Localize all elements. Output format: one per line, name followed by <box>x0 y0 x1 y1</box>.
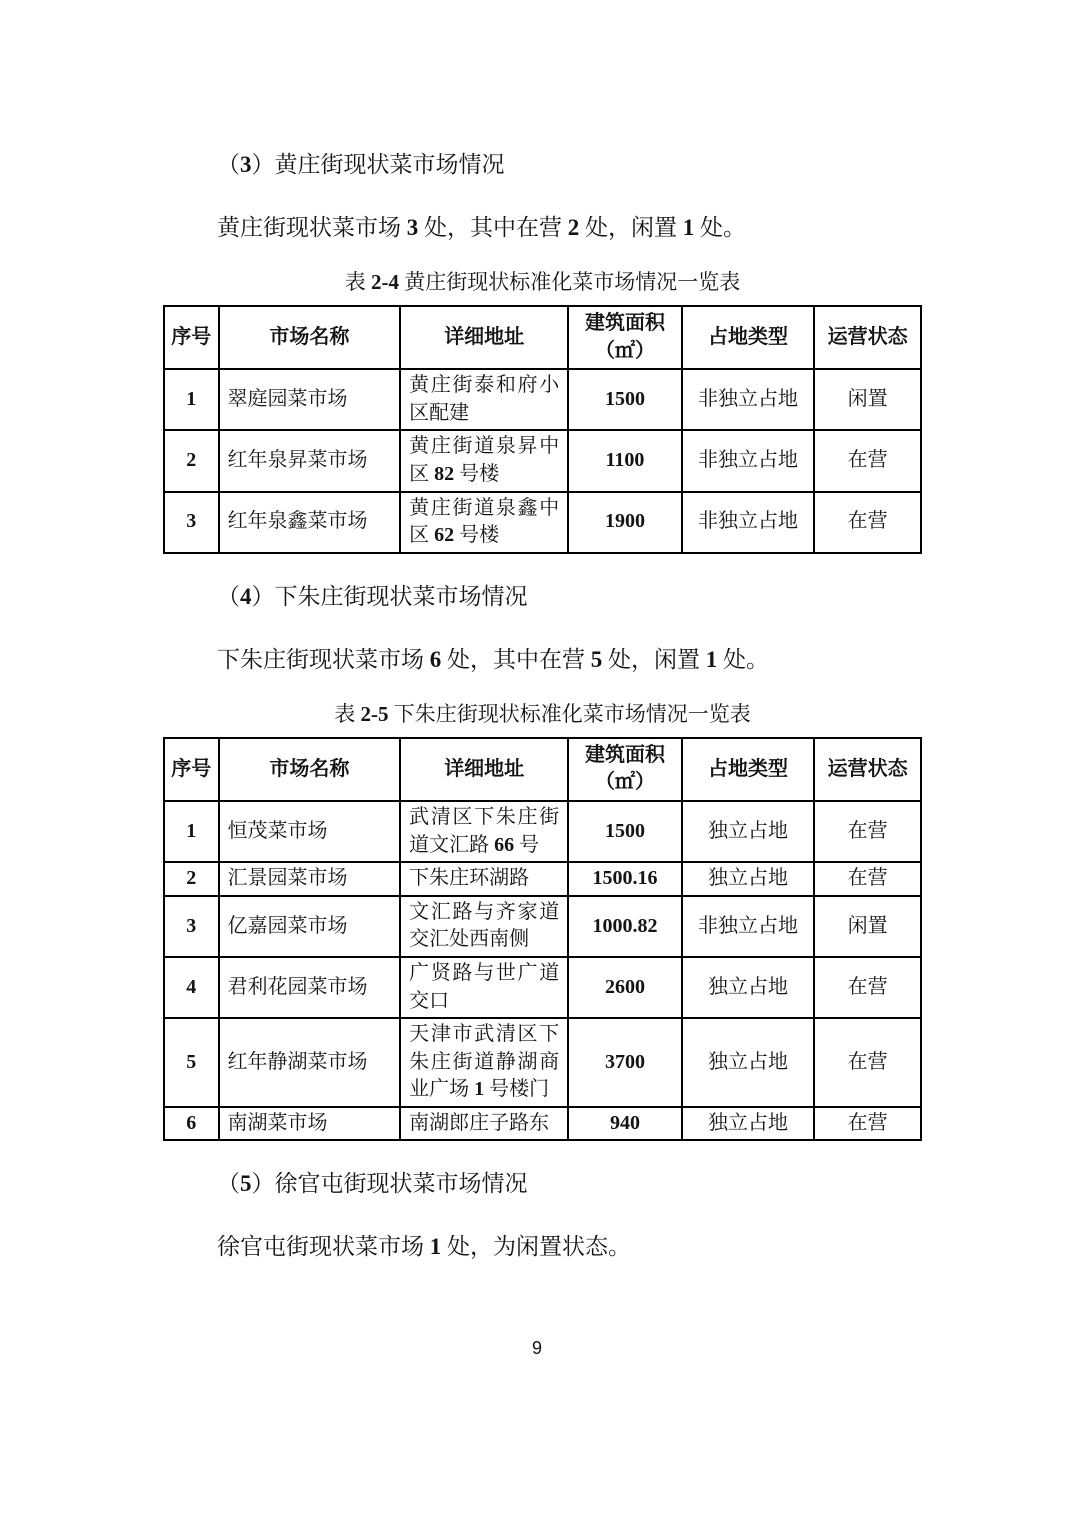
table-row: 5 红年静湖菜市场 天津市武清区下朱庄街道静湖商业广场 1 号楼门 3700 独… <box>164 1018 921 1107</box>
table-header-row: 序号 市场名称 详细地址 建筑面积（㎡） 占地类型 运营状态 <box>164 738 921 801</box>
serial-cell: 4 <box>164 957 219 1018</box>
serial-cell: 2 <box>164 862 219 896</box>
table-2-5: 序号 市场名称 详细地址 建筑面积（㎡） 占地类型 运营状态 1 恒茂菜市场 武… <box>163 737 922 1142</box>
land-type-cell: 独立占地 <box>682 801 814 862</box>
land-type-cell: 独立占地 <box>682 1107 814 1141</box>
address-cell: 黄庄街道泉鑫中区 62 号楼 <box>400 492 568 553</box>
market-name-cell: 恒茂菜市场 <box>219 801 401 862</box>
market-name-cell: 红年泉鑫菜市场 <box>219 492 401 553</box>
table-row: 1 翠庭园菜市场 黄庄街泰和府小区配建 1500 非独立占地 闲置 <box>164 369 921 430</box>
address-cell: 下朱庄环湖路 <box>400 862 568 896</box>
area-cell: 1900 <box>568 492 682 553</box>
table-header-row: 序号 市场名称 详细地址 建筑面积（㎡） 占地类型 运营状态 <box>164 306 921 369</box>
area-cell: 1500 <box>568 369 682 430</box>
address-cell: 文汇路与齐家道交汇处西南侧 <box>400 896 568 957</box>
serial-cell: 1 <box>164 369 219 430</box>
serial-cell: 2 <box>164 430 219 491</box>
address-cell: 武清区下朱庄街道文汇路 66 号 <box>400 801 568 862</box>
status-cell: 在营 <box>814 862 921 896</box>
land-type-cell: 非独立占地 <box>682 492 814 553</box>
land-type-cell: 非独立占地 <box>682 369 814 430</box>
area-cell: 940 <box>568 1107 682 1141</box>
market-name-cell: 南湖菜市场 <box>219 1107 401 1141</box>
area-cell: 1100 <box>568 430 682 491</box>
body-paragraph-huangzhuang: 黄庄街现状菜市场 3 处，其中在营 2 处，闲置 1 处。 <box>163 211 922 244</box>
serial-cell: 3 <box>164 896 219 957</box>
table-row: 2 红年泉昇菜市场 黄庄街道泉昇中区 82 号楼 1100 非独立占地 在营 <box>164 430 921 491</box>
header-cell-land-type: 占地类型 <box>682 738 814 801</box>
area-cell: 2600 <box>568 957 682 1018</box>
status-cell: 在营 <box>814 492 921 553</box>
land-type-cell: 非独立占地 <box>682 896 814 957</box>
status-cell: 在营 <box>814 801 921 862</box>
market-name-cell: 翠庭园菜市场 <box>219 369 401 430</box>
status-cell: 在营 <box>814 430 921 491</box>
market-name-cell: 汇景园菜市场 <box>219 862 401 896</box>
address-cell: 广贤路与世广道交口 <box>400 957 568 1018</box>
status-cell: 在营 <box>814 1018 921 1107</box>
header-cell-area: 建筑面积（㎡） <box>568 738 682 801</box>
header-cell-land-type: 占地类型 <box>682 306 814 369</box>
address-cell: 黄庄街泰和府小区配建 <box>400 369 568 430</box>
table-row: 6 南湖菜市场 南湖郎庄子路东 940 独立占地 在营 <box>164 1107 921 1141</box>
table-2-4-caption: 表 2-4 黄庄街现状标准化菜市场情况一览表 <box>163 268 922 296</box>
body-paragraph-xuguantun: 徐官屯街现状菜市场 1 处，为闲置状态。 <box>163 1230 922 1263</box>
area-cell: 1500.16 <box>568 862 682 896</box>
status-cell: 闲置 <box>814 369 921 430</box>
market-name-cell: 君利花园菜市场 <box>219 957 401 1018</box>
status-cell: 在营 <box>814 1107 921 1141</box>
land-type-cell: 非独立占地 <box>682 430 814 491</box>
header-cell-serial: 序号 <box>164 306 219 369</box>
serial-cell: 1 <box>164 801 219 862</box>
serial-cell: 6 <box>164 1107 219 1141</box>
body-paragraph-xiazhuzhuang: 下朱庄街现状菜市场 6 处，其中在营 5 处，闲置 1 处。 <box>163 643 922 676</box>
header-cell-area: 建筑面积（㎡） <box>568 306 682 369</box>
table-row: 4 君利花园菜市场 广贤路与世广道交口 2600 独立占地 在营 <box>164 957 921 1018</box>
serial-cell: 5 <box>164 1018 219 1107</box>
table-2-4: 序号 市场名称 详细地址 建筑面积（㎡） 占地类型 运营状态 1 翠庭园菜市场 … <box>163 305 922 554</box>
header-cell-market-name: 市场名称 <box>219 306 401 369</box>
area-cell: 1000.82 <box>568 896 682 957</box>
market-name-cell: 亿嘉园菜市场 <box>219 896 401 957</box>
area-cell: 1500 <box>568 801 682 862</box>
header-cell-address: 详细地址 <box>400 306 568 369</box>
status-cell: 在营 <box>814 957 921 1018</box>
page-number: 9 <box>0 1338 1074 1359</box>
section-heading-xiazhuzhuang: （4）下朱庄街现状菜市场情况 <box>163 580 922 613</box>
table-2-5-caption: 表 2-5 下朱庄街现状标准化菜市场情况一览表 <box>163 700 922 728</box>
land-type-cell: 独立占地 <box>682 957 814 1018</box>
serial-cell: 3 <box>164 492 219 553</box>
section-heading-huangzhuang: （3）黄庄街现状菜市场情况 <box>163 148 922 181</box>
section-heading-xuguantun: （5）徐官屯街现状菜市场情况 <box>163 1167 922 1200</box>
area-cell: 3700 <box>568 1018 682 1107</box>
header-cell-status: 运营状态 <box>814 306 921 369</box>
header-cell-serial: 序号 <box>164 738 219 801</box>
address-cell: 南湖郎庄子路东 <box>400 1107 568 1141</box>
address-cell: 黄庄街道泉昇中区 82 号楼 <box>400 430 568 491</box>
table-row: 3 红年泉鑫菜市场 黄庄街道泉鑫中区 62 号楼 1900 非独立占地 在营 <box>164 492 921 553</box>
table-row: 3 亿嘉园菜市场 文汇路与齐家道交汇处西南侧 1000.82 非独立占地 闲置 <box>164 896 921 957</box>
header-cell-market-name: 市场名称 <box>219 738 401 801</box>
market-name-cell: 红年静湖菜市场 <box>219 1018 401 1107</box>
header-cell-status: 运营状态 <box>814 738 921 801</box>
status-cell: 闲置 <box>814 896 921 957</box>
market-name-cell: 红年泉昇菜市场 <box>219 430 401 491</box>
address-cell: 天津市武清区下朱庄街道静湖商业广场 1 号楼门 <box>400 1018 568 1107</box>
table-row: 2 汇景园菜市场 下朱庄环湖路 1500.16 独立占地 在营 <box>164 862 921 896</box>
table-row: 1 恒茂菜市场 武清区下朱庄街道文汇路 66 号 1500 独立占地 在营 <box>164 801 921 862</box>
land-type-cell: 独立占地 <box>682 1018 814 1107</box>
header-cell-address: 详细地址 <box>400 738 568 801</box>
document-page: （3）黄庄街现状菜市场情况 黄庄街现状菜市场 3 处，其中在营 2 处，闲置 1… <box>0 0 1074 1520</box>
land-type-cell: 独立占地 <box>682 862 814 896</box>
